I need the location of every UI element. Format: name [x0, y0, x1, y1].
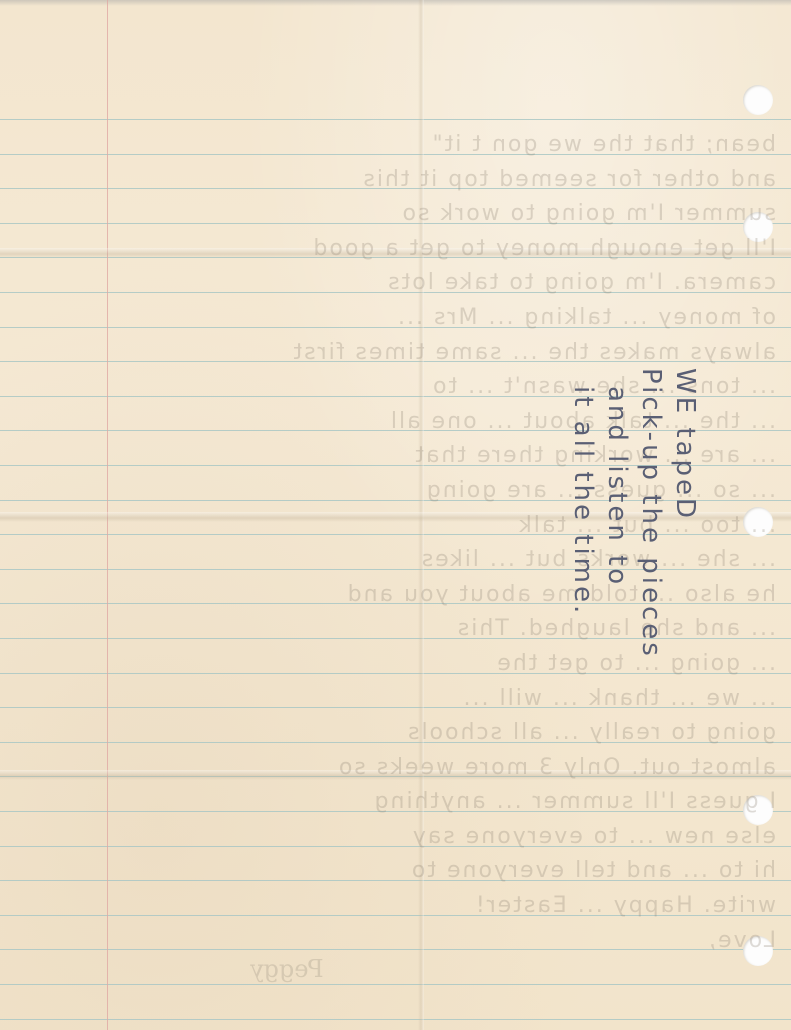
bleed-through-line: ... we ... thank ... will ... — [236, 682, 776, 717]
note-line: WE tapeD — [668, 368, 702, 668]
note-line: it all the time. — [566, 368, 600, 668]
bleed-through-line: of money ... talking ... Mrs ... — [236, 301, 776, 336]
note-line: and listen to — [600, 368, 634, 668]
bleed-through-line: Love, — [236, 924, 776, 959]
bleed-through-line: always makes the ... same times first — [236, 336, 776, 371]
ruled-line — [0, 119, 791, 120]
bleed-through-line: bean; that the we gon t it" — [236, 128, 776, 163]
handwritten-note: WE tapeD Pick-up the pieces and listen t… — [552, 368, 702, 668]
bleed-through-line: I'll get enough money to get a good — [236, 232, 776, 267]
bleed-through-line: going to really ... all schools — [236, 716, 776, 751]
bleed-through-line: hi to ... and tell everyone to — [236, 854, 776, 889]
notebook-page: bean; that the we gon t it"and other for… — [0, 0, 791, 1030]
bleed-through-line: else new ... to everyone say — [236, 820, 776, 855]
scan-edge-shadow — [0, 0, 791, 6]
bleed-through-line: I guess I'll summer ... anything — [236, 785, 776, 820]
ruled-line — [0, 984, 791, 985]
bleed-through-line: camera. I'm going to take lots — [236, 266, 776, 301]
bleed-through-line: summer I'm going to work so — [236, 197, 776, 232]
bleed-through-line: and other for seemed top it this — [236, 163, 776, 198]
ruled-line — [0, 1019, 791, 1020]
note-line: Pick-up the pieces — [634, 368, 668, 668]
punch-hole — [743, 85, 773, 115]
bleed-through-signature: Peggy — [250, 955, 324, 983]
bleed-through-line: almost out. Only 3 more weeks so — [236, 751, 776, 786]
bleed-through-line: write. Happy ... Easter! — [236, 889, 776, 924]
